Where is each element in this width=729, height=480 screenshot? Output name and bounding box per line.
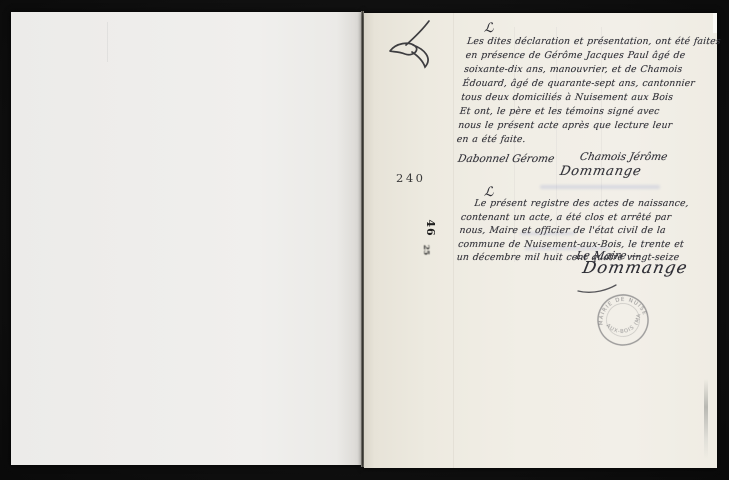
signature-witness-dabonnel: Dabonnel Gérome bbox=[457, 153, 556, 165]
closing-declaration-paragraph: Les dites déclaration et présentation, o… bbox=[456, 35, 728, 147]
handwritten-line: Le présent registre des actes de naissan… bbox=[462, 197, 723, 211]
bleedthrough-mark bbox=[540, 185, 660, 189]
scanned-register-spread: ℒ Les dites déclaration et présentation,… bbox=[0, 0, 729, 480]
page-corner-sliver bbox=[713, 13, 717, 33]
handwritten-line: nous le présent acte après que lecture l… bbox=[457, 119, 718, 133]
paragraph-opening-mark: ℒ bbox=[484, 21, 493, 36]
handwritten-line: tous deux domiciliés à Nuisement aux Boi… bbox=[460, 91, 721, 105]
margin-vertical-mark: 25 bbox=[420, 239, 432, 261]
handwritten-line: Les dites déclaration et présentation, o… bbox=[466, 35, 727, 49]
handwritten-line: en présence de Gérôme Jacques Paul âgé d… bbox=[465, 49, 726, 63]
signature-mayor-dommange: Dommange bbox=[559, 164, 643, 179]
handwritten-line: nous, Maire et officier de l'état civil … bbox=[459, 224, 720, 238]
handwritten-line: Édouard, âgé de quarante-sept ans, canto… bbox=[462, 77, 723, 91]
handwritten-line: en a été faite. bbox=[456, 133, 717, 147]
handwritten-line: contenant un acte, a été clos et arrêté … bbox=[460, 211, 721, 225]
ink-flourish-paraphe bbox=[382, 18, 444, 70]
page-edge-highlight bbox=[704, 379, 708, 459]
printed-page-number: 240 bbox=[396, 171, 425, 185]
binding-margin-line bbox=[453, 13, 454, 468]
handwritten-line: soixante-dix ans, manouvrier, et de Cham… bbox=[463, 63, 724, 77]
left-page-blank bbox=[11, 12, 361, 465]
right-page-register: ℒ Les dites déclaration et présentation,… bbox=[364, 13, 717, 468]
paper-crease bbox=[107, 22, 108, 62]
handwritten-line: Et ont, le père et les témoins signé ave… bbox=[459, 105, 720, 119]
signature-mayor-dommange-final: Dommange bbox=[581, 258, 690, 277]
signature-witness-chamois: Chamois Jérôme bbox=[579, 151, 669, 163]
margin-vertical-number: 46 bbox=[423, 215, 437, 241]
